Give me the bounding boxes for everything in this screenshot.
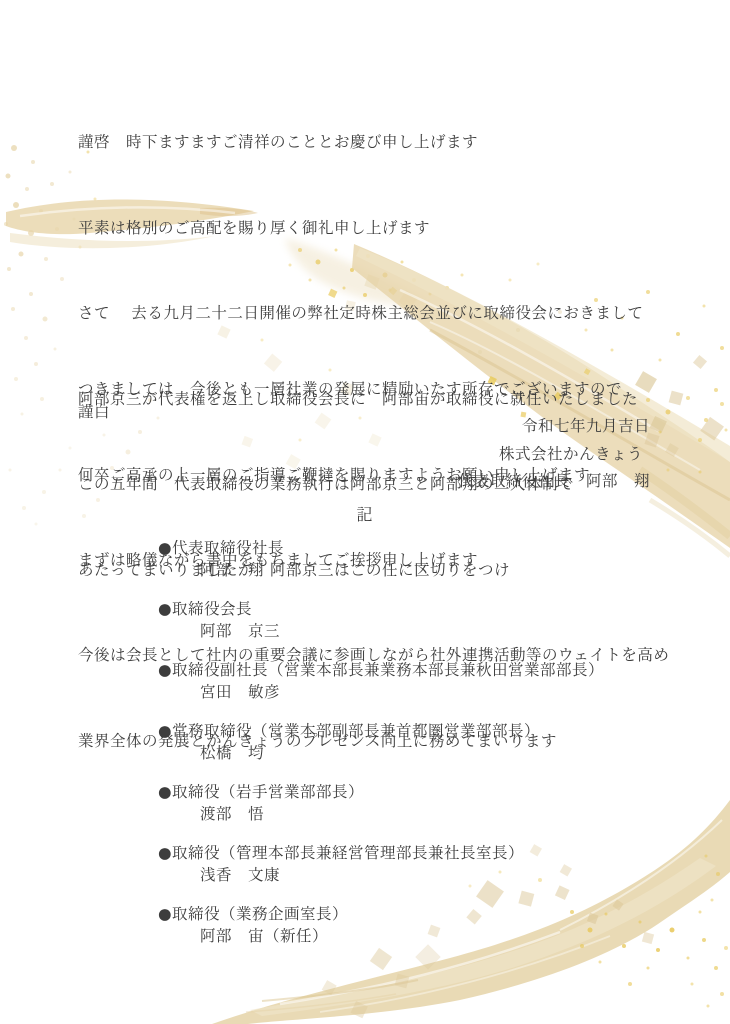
- officer-item: ●取締役（岩手営業部部長） 渡部 悟: [158, 781, 604, 825]
- bullet-icon: ●: [158, 842, 172, 864]
- officer-title: ●取締役（岩手営業部部長）: [158, 781, 604, 803]
- officer-name: 渡部 悟: [158, 803, 604, 825]
- letter-line: 謹啓 時下ますますご清祥のこととお慶び申し上げます: [78, 128, 669, 157]
- officer-title-text: 取締役（管理本部長兼経営管理部長兼社長室長）: [172, 844, 524, 862]
- officer-title-text: 取締役（岩手営業部部長）: [172, 783, 364, 801]
- letter-page: 謹啓 時下ますますご清祥のこととお慶び申し上げます 平素は格別のご高配を賜り厚く…: [0, 0, 730, 1024]
- officer-item: ●常務取締役（営業本部副部長兼首都圏営業部部長） 松橋 均: [158, 720, 604, 764]
- officer-item: ●取締役（管理本部長兼経営管理部長兼社長室長） 浅香 文康: [158, 842, 604, 886]
- officer-title-text: 常務取締役（営業本部副部長兼首都圏営業部部長）: [172, 722, 540, 740]
- signer-name: 代表取締役社長 阿部 翔: [0, 468, 730, 496]
- bullet-icon: ●: [158, 903, 172, 925]
- officer-title: ●常務取締役（営業本部副部長兼首都圏営業部部長）: [158, 720, 604, 742]
- company-name: 株式会社かんきょう: [0, 441, 730, 469]
- officer-item: ●代表取締役社長 阿部 翔: [158, 537, 604, 581]
- bullet-icon: ●: [158, 659, 172, 681]
- officer-name: 阿部 翔: [158, 559, 604, 581]
- officer-title: ●取締役（業務企画室長）: [158, 903, 604, 925]
- letter-line: つきましては 今後とも一層社業の発展に精励いたす所存でございますので: [78, 375, 622, 404]
- officer-title-text: 取締役（業務企画室長）: [172, 905, 348, 923]
- officer-title: ●代表取締役社長: [158, 537, 604, 559]
- officer-item: ●取締役副社長（営業本部長兼業務本部長兼秋田営業部部長） 宮田 敏彦: [158, 659, 604, 703]
- bullet-icon: ●: [158, 537, 172, 559]
- bullet-icon: ●: [158, 720, 172, 742]
- officer-name: 阿部 京三: [158, 620, 604, 642]
- letter-date: 令和七年九月吉日: [0, 413, 730, 441]
- officer-title: ●取締役会長: [158, 598, 604, 620]
- officer-name: 浅香 文康: [158, 864, 604, 886]
- letter-line: 平素は格別のご高配を賜り厚く御礼申し上げます: [78, 214, 669, 243]
- officer-title-text: 代表取締役社長: [172, 539, 284, 557]
- officer-item: ●取締役会長 阿部 京三: [158, 598, 604, 642]
- bullet-icon: ●: [158, 781, 172, 803]
- bullet-icon: ●: [158, 598, 172, 620]
- officer-name: 阿部 宙（新任）: [158, 925, 604, 947]
- officer-item: ●取締役（業務企画室長） 阿部 宙（新任）: [158, 903, 604, 947]
- officer-name: 宮田 敏彦: [158, 681, 604, 703]
- officer-list: ●代表取締役社長 阿部 翔 ●取締役会長 阿部 京三 ●取締役副社長（営業本部長…: [158, 537, 604, 964]
- letter-content: 謹啓 時下ますますご清祥のこととお慶び申し上げます 平素は格別のご高配を賜り厚く…: [0, 0, 730, 1024]
- officer-title-text: 取締役会長: [172, 600, 252, 618]
- officer-title: ●取締役（管理本部長兼経営管理部長兼社長室長）: [158, 842, 604, 864]
- officer-name: 松橋 均: [158, 742, 604, 764]
- record-marker: 記: [0, 502, 730, 525]
- officer-title-text: 取締役副社長（営業本部長兼業務本部長兼秋田営業部部長）: [172, 661, 604, 679]
- officer-title: ●取締役副社長（営業本部長兼業務本部長兼秋田営業部部長）: [158, 659, 604, 681]
- signature-block: 令和七年九月吉日 株式会社かんきょう 代表取締役社長 阿部 翔: [0, 413, 730, 496]
